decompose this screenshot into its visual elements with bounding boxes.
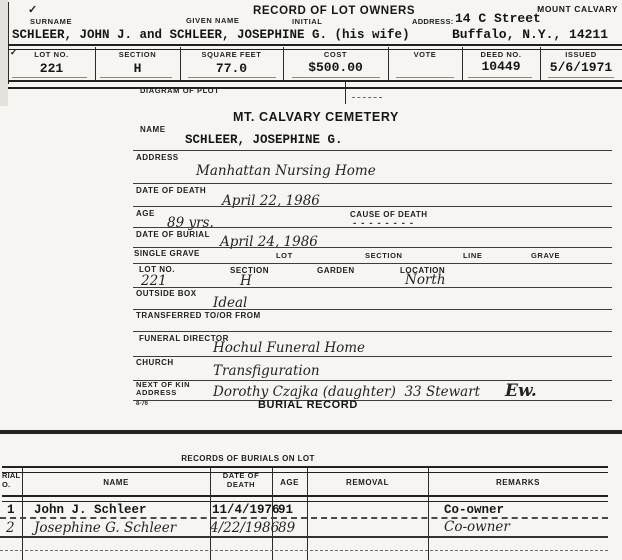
burial-no: 1	[7, 503, 15, 517]
funeral-director-value: Hochul Funeral Home	[213, 340, 365, 356]
field-rule	[133, 206, 612, 207]
scanned-cemetery-record: ✓ SURNAME GIVEN NAME INITIAL RECORD OF L…	[0, 0, 622, 560]
field-rule	[133, 247, 612, 248]
burial-no: 2	[6, 520, 15, 536]
issued-value: 5/6/1971	[540, 60, 622, 75]
remarks-header: REMARKS	[428, 478, 608, 487]
church-value: Transfiguration	[213, 363, 320, 379]
value-underline	[100, 77, 172, 78]
fold-mark	[345, 82, 346, 104]
next-of-kin-address-label: ADDRESS	[136, 388, 177, 397]
removal-header: REMOVAL	[307, 478, 428, 487]
single-grave-lot-label: LOT	[276, 251, 293, 260]
garden-label: GARDEN	[317, 266, 355, 275]
field-rule	[133, 227, 612, 228]
scan-left-edge	[0, 0, 8, 106]
location-hand-value: North	[405, 272, 446, 288]
field-rule	[133, 400, 612, 401]
burial-remarks: Co-owner	[444, 519, 510, 535]
burials-table-title: RECORDS OF BURIALS ON LOT	[128, 454, 368, 463]
value-underline	[396, 77, 454, 78]
address-colon-label: ADDRESS:	[412, 17, 454, 26]
age-header: AGE	[272, 478, 307, 487]
burial-no-header-line2: O.	[2, 480, 10, 489]
envelope-annotation: Ew.	[505, 381, 537, 401]
scan-seam	[0, 430, 622, 434]
burial-no-header-line1: RIAL	[2, 471, 20, 480]
field-rule	[133, 183, 612, 184]
table-divider	[428, 466, 429, 560]
mount-calvary-corner-label: MOUNT CALVARY	[537, 4, 618, 14]
value-underline	[12, 77, 87, 78]
date-of-death-header: DATE OF DEATH	[212, 471, 270, 489]
col-header-issued: ISSUED	[540, 50, 622, 59]
field-rule	[133, 309, 612, 310]
burial-record-footer-title: BURIAL RECORD	[258, 399, 358, 411]
diagram-of-plot-label: DIAGRAM OF PLOT	[140, 86, 219, 95]
surname-checkmark-icon: ✓	[28, 3, 37, 16]
field-rule	[133, 263, 612, 264]
lot-owners-title: RECORD OF LOT OWNERS	[253, 5, 415, 17]
value-underline	[548, 77, 614, 78]
burial-age: 89	[278, 520, 295, 536]
owner-address-line2: Buffalo, N.Y., 14211	[452, 27, 608, 42]
row-rule-dashed-empty	[0, 550, 608, 551]
field-rule	[133, 356, 612, 357]
value-underline	[188, 77, 276, 78]
row-rule-solid	[0, 536, 608, 538]
initial-label: INITIAL	[292, 17, 322, 26]
age-value: 89 yrs.	[167, 215, 214, 231]
value-underline	[292, 77, 380, 78]
single-grave-grave-label: GRAVE	[531, 251, 560, 260]
field-rule	[133, 150, 612, 151]
name-value: SCHLEER, JOSEPHINE G.	[185, 133, 343, 147]
address-value: Manhattan Nursing Home	[196, 163, 376, 179]
field-rule	[133, 287, 612, 288]
deed-no-value: 10449	[462, 59, 540, 74]
burial-remarks: Co-owner	[444, 503, 504, 517]
burial-name: John J. Schleer	[34, 503, 147, 517]
card-bottom-rule	[8, 80, 622, 89]
church-label: CHURCH	[136, 358, 174, 367]
transferred-label: TRANSFERRED TO/OR FROM	[136, 311, 261, 320]
col-header-vote: VOTE	[388, 50, 462, 59]
single-grave-section-label: SECTION	[365, 251, 403, 260]
address-label: ADDRESS	[136, 153, 179, 162]
burial-date: 4/22/1986	[210, 520, 279, 536]
single-grave-label: SINGLE GRAVE	[134, 249, 200, 258]
table-top-rule	[2, 466, 608, 473]
field-rule	[133, 380, 612, 381]
given-name-label: GIVEN NAME	[186, 16, 240, 25]
owner-address-line1: 14 C Street	[455, 11, 541, 26]
age-label: AGE	[136, 209, 155, 218]
section-value: H	[95, 61, 180, 76]
single-grave-line-label: LINE	[463, 251, 482, 260]
name-label: NAME	[140, 125, 166, 134]
col-header-lot-no: LOT NO.	[8, 50, 95, 59]
row-rule-dashed	[0, 517, 608, 519]
burial-age: 91	[278, 503, 293, 517]
col-header-cost: COST	[283, 50, 388, 59]
field-rule	[133, 331, 612, 332]
form-code: 8-76	[136, 401, 148, 407]
date-of-burial-label: DATE OF BURIAL	[136, 230, 210, 239]
fold-dashes	[352, 97, 382, 98]
table-divider	[22, 466, 23, 560]
header-bottom-rule	[2, 495, 608, 502]
table-divider	[307, 466, 308, 560]
col-header-section: SECTION	[95, 50, 180, 59]
col-header-deed-no: DEED NO.	[462, 50, 540, 59]
name-header: NAME	[22, 478, 210, 487]
burial-date: 11/4/1976	[212, 503, 280, 517]
cost-value: $500.00	[283, 60, 388, 75]
owner-names: SCHLEER, JOHN J. and SCHLEER, JOSEPHINE …	[12, 28, 410, 42]
square-feet-value: 77.0	[180, 61, 283, 76]
value-underline	[468, 77, 532, 78]
next-of-kin-value: Dorothy Czajka (daughter) 33 Stewart	[213, 384, 480, 400]
cemetery-title: MT. CALVARY CEMETERY	[233, 110, 399, 124]
table-divider	[210, 466, 211, 560]
burial-name: Josephine G. Schleer	[34, 520, 176, 536]
lot-no-value: 221	[8, 61, 95, 76]
col-header-square-feet: SQUARE FEET	[180, 50, 283, 59]
surname-label: SURNAME	[30, 17, 72, 26]
date-of-death-label: DATE OF DEATH	[136, 186, 206, 195]
outside-box-label: OUTSIDE BOX	[136, 289, 197, 298]
